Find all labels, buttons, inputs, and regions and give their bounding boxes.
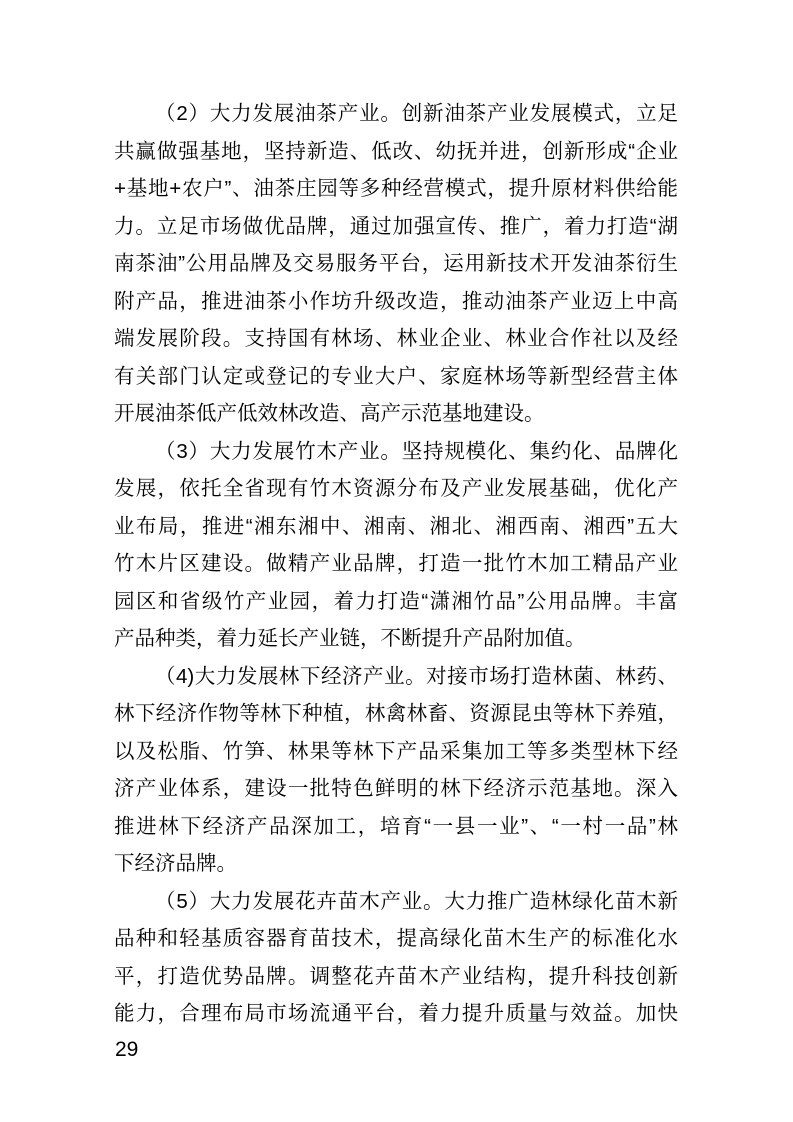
- text-line: 发展，依托全省现有竹木资源分布及产业发展基础，优化产: [114, 470, 678, 508]
- text-line: （3）大力发展竹木产业。坚持规模化、集约化、品牌化: [114, 433, 678, 471]
- paragraph-bamboo-timber-industry: （3）大力发展竹木产业。坚持规模化、集约化、品牌化 发展，依托全省现有竹木资源分…: [114, 433, 678, 658]
- text-line: 业布局，推进“湘东湘中、湘南、湘北、湘西南、湘西”五大: [114, 508, 678, 546]
- text-line: 推进林下经济产品深加工，培育“一县一业”、“一村一品”林: [114, 808, 678, 846]
- text-line: 能力，合理布局市场流通平台，着力提升质量与效益。加快: [114, 995, 678, 1033]
- text-line: 竹木片区建设。做精产业品牌，打造一批竹木加工精品产业: [114, 545, 678, 583]
- text-line: 有关部门认定或登记的专业大户、家庭林场等新型经营主体: [114, 358, 678, 396]
- text-line: 南茶油”公用品牌及交易服务平台，运用新技术开发油茶衍生: [114, 245, 678, 283]
- text-line: 平，打造优势品牌。调整花卉苗木产业结构，提升科技创新: [114, 958, 678, 996]
- text-line: 以及松脂、竹笋、林果等林下产品采集加工等多类型林下经: [114, 733, 678, 771]
- text-line: 开展油茶低产低效林改造、高产示范基地建设。: [114, 395, 678, 433]
- paragraph-under-forest-economy: （4)大力发展林下经济产业。对接市场打造林菌、林药、 林下经济作物等林下种植，林…: [114, 658, 678, 883]
- paragraph-flower-seedling-industry: （5）大力发展花卉苗木产业。大力推广造林绿化苗木新 品种和轻基质容器育苗技术，提…: [114, 883, 678, 1033]
- text-line: 下经济品牌。: [114, 845, 678, 883]
- text-line: 济产业体系，建设一批特色鲜明的林下经济示范基地。深入: [114, 770, 678, 808]
- text-line: 园区和省级竹产业园，着力打造“潇湘竹品”公用品牌。丰富: [114, 583, 678, 621]
- page-number: 29: [115, 1036, 138, 1064]
- text-line: （5）大力发展花卉苗木产业。大力推广造林绿化苗木新: [114, 883, 678, 921]
- text-line: 力。立足市场做优品牌，通过加强宣传、推广，着力打造“湖: [114, 208, 678, 246]
- text-line: 端发展阶段。支持国有林场、林业企业、林业合作社以及经: [114, 320, 678, 358]
- text-line: 共赢做强基地，坚持新造、低改、幼抚并进，创新形成“企业: [114, 133, 678, 171]
- document-page: （2）大力发展油茶产业。创新油茶产业发展模式，立足 共赢做强基地，坚持新造、低改…: [0, 0, 793, 1122]
- text-line: 林下经济作物等林下种植，林禽林畜、资源昆虫等林下养殖，: [114, 695, 678, 733]
- document-body: （2）大力发展油茶产业。创新油茶产业发展模式，立足 共赢做强基地，坚持新造、低改…: [114, 95, 678, 1033]
- text-line: 附产品，推进油茶小作坊升级改造，推动油茶产业迈上中高: [114, 283, 678, 321]
- text-line: 产品种类，着力延长产业链，不断提升产品附加值。: [114, 620, 678, 658]
- text-line: 品种和轻基质容器育苗技术，提高绿化苗木生产的标准化水: [114, 920, 678, 958]
- paragraph-oil-tea-industry: （2）大力发展油茶产业。创新油茶产业发展模式，立足 共赢做强基地，坚持新造、低改…: [114, 95, 678, 433]
- text-line: （4)大力发展林下经济产业。对接市场打造林菌、林药、: [114, 658, 678, 696]
- text-line: （2）大力发展油茶产业。创新油茶产业发展模式，立足: [114, 95, 678, 133]
- text-line: +基地+农户”、油茶庄园等多种经营模式，提升原材料供给能: [114, 170, 678, 208]
